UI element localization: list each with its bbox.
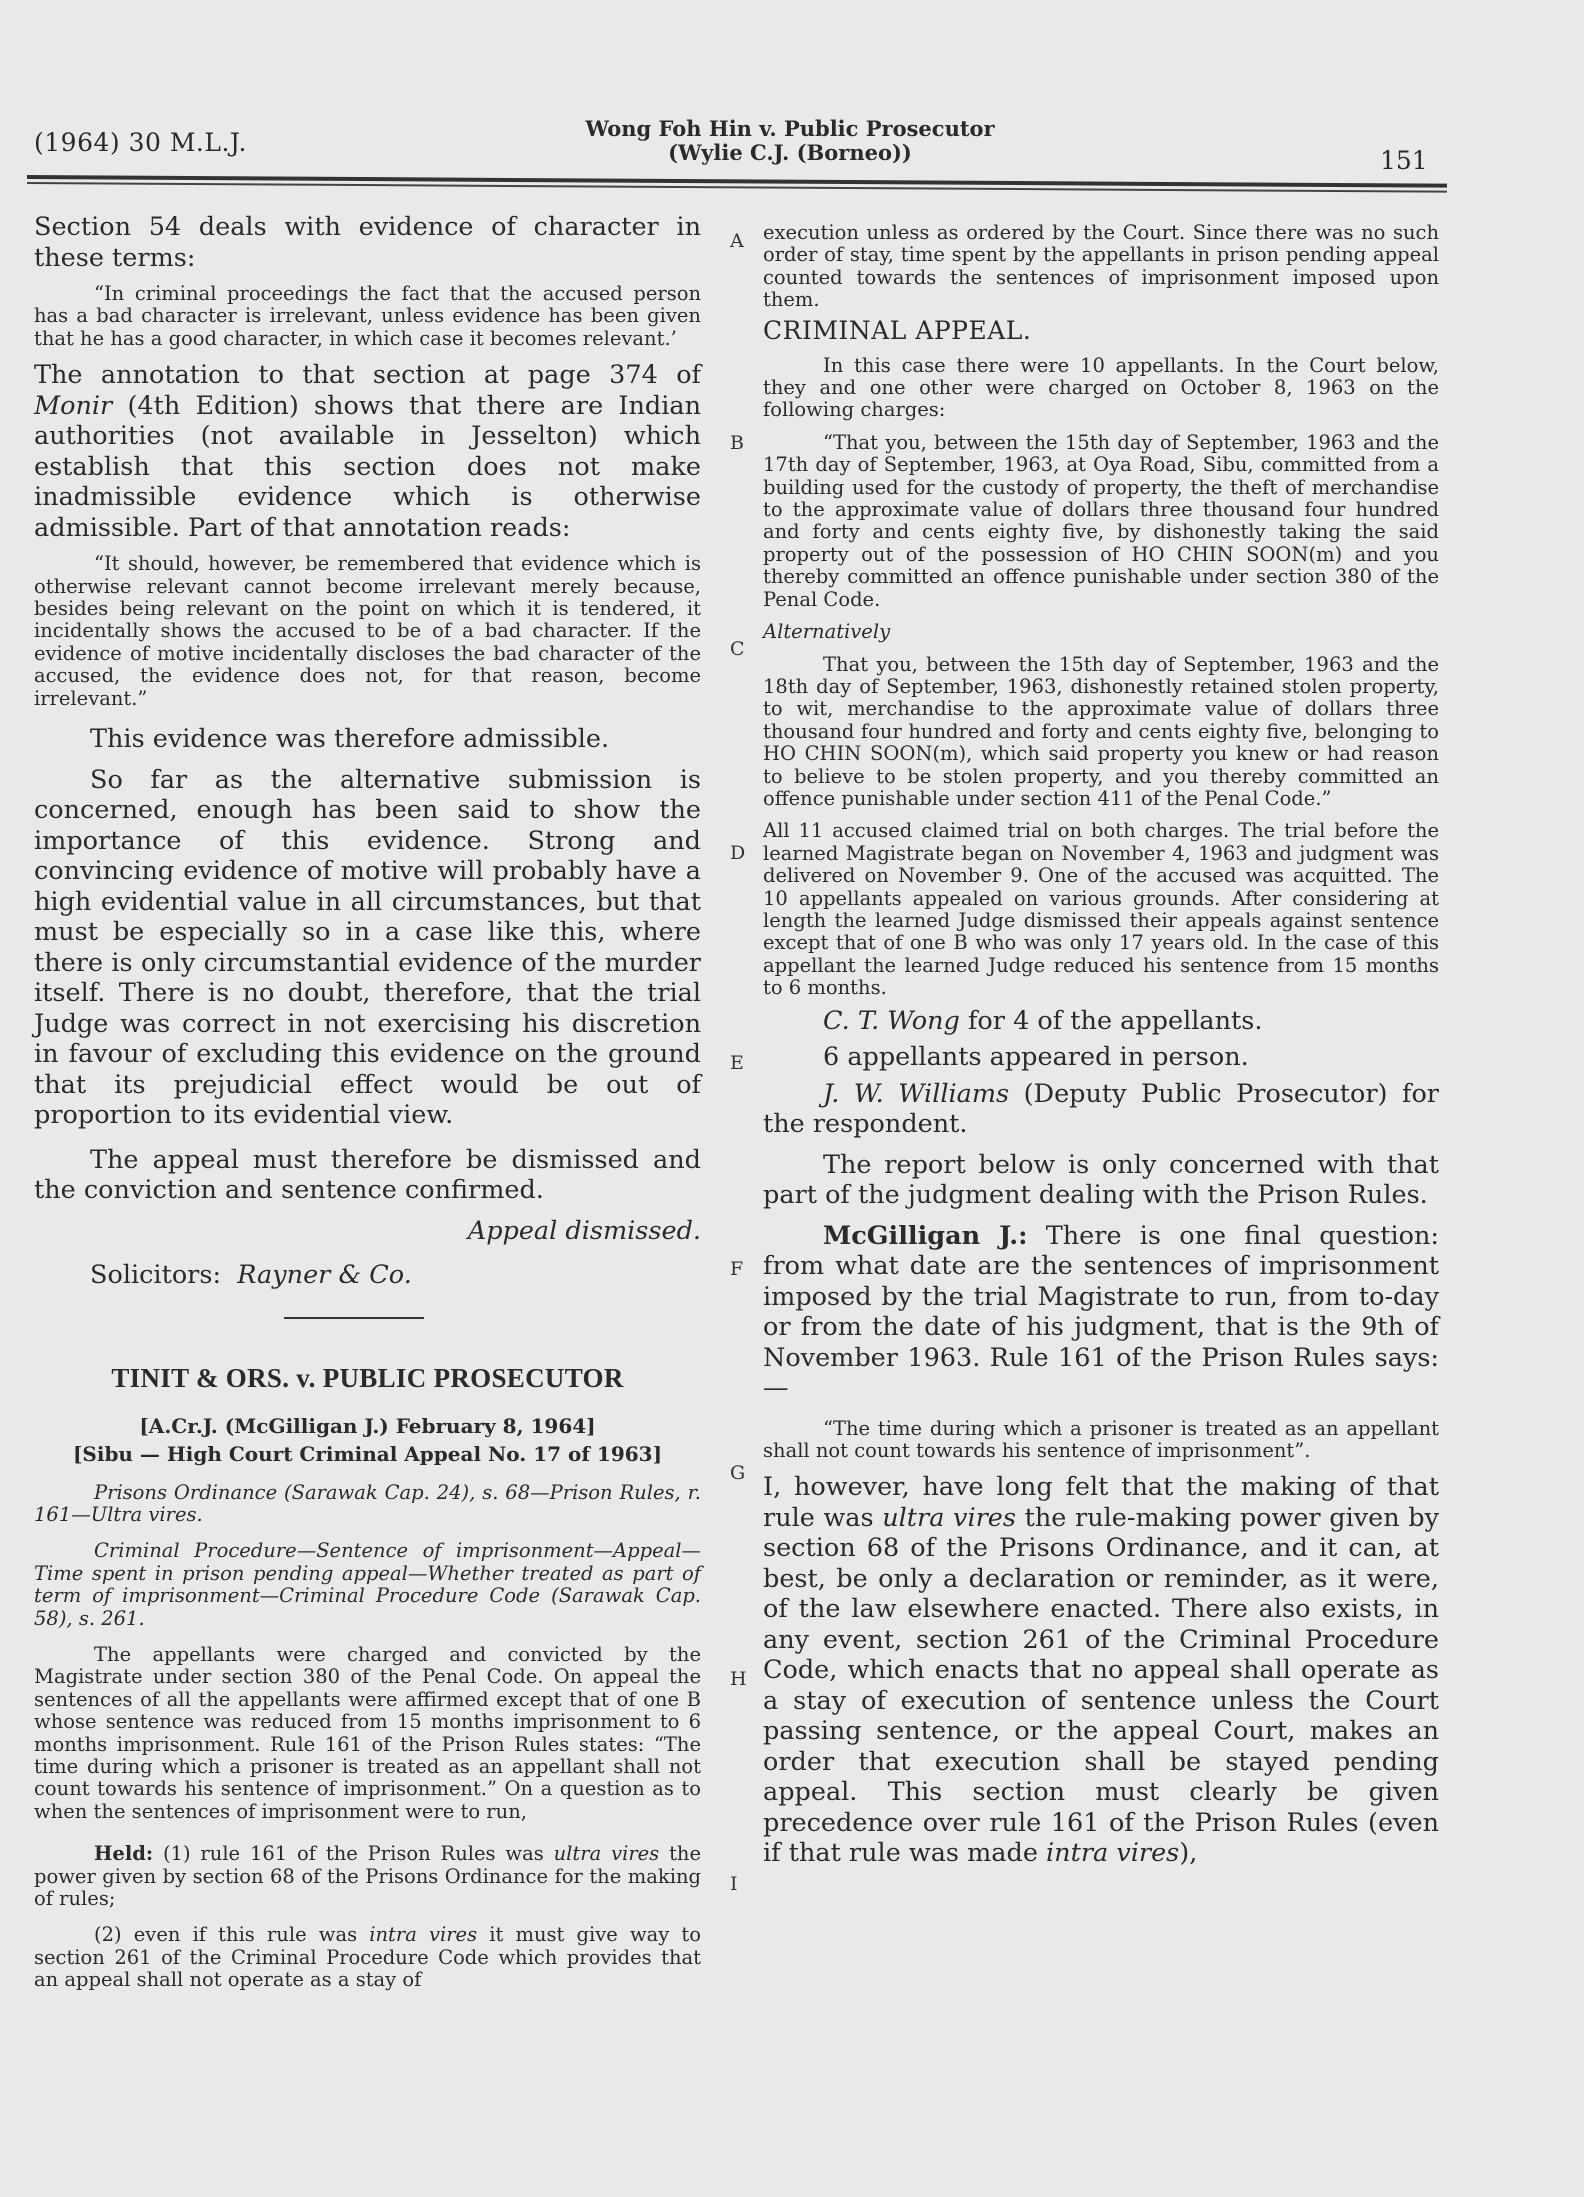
- page-number: 151: [1380, 146, 1428, 175]
- charge-2: That you, between the 15th day of Septem…: [763, 654, 1439, 811]
- running-head: Wong Foh Hin v. Public Prosecutor (Wylie…: [440, 117, 1140, 165]
- solicitors: Solicitors: Rayner & Co.: [34, 1260, 701, 1291]
- new-case-title: TINIT & ORS. v. PUBLIC PROSECUTOR: [34, 1363, 701, 1394]
- case-title-header: Wong Foh Hin v. Public Prosecutor: [440, 117, 1140, 141]
- paragraph: Section 54 deals with evidence of charac…: [34, 212, 701, 273]
- paragraph: This evidence was therefore admissible.: [34, 724, 701, 755]
- headnote-continued: execution unless as ordered by the Court…: [763, 222, 1439, 312]
- court-line: [A.Cr.J. (McGilligan J.) February 8, 196…: [34, 1412, 701, 1440]
- judgment: I, however, have long felt that the maki…: [763, 1472, 1439, 1869]
- margin-letter: G: [730, 1462, 745, 1484]
- margin-letter: B: [730, 432, 744, 454]
- margin-letter: H: [730, 1668, 747, 1690]
- appeal-line: [Sibu — High Court Criminal Appeal No. 1…: [34, 1440, 701, 1468]
- paragraph: In this case there were 10 appellants. I…: [763, 355, 1439, 422]
- left-column: Section 54 deals with evidence of charac…: [34, 212, 701, 1992]
- judge-header: (Wylie C.J. (Borneo)): [440, 141, 1140, 165]
- paragraph: The report below is only concerned with …: [763, 1150, 1439, 1211]
- paragraph: The annotation to that section at page 3…: [34, 360, 701, 543]
- catchwords: Criminal Procedure—Sentence of imprisonm…: [34, 1540, 701, 1630]
- section-heading: CRIMINAL APPEAL.: [763, 316, 1439, 345]
- section-divider: [284, 1317, 424, 1319]
- counsel: C. T. Wong for 4 of the appellants.: [763, 1006, 1439, 1037]
- margin-letter: E: [730, 1052, 744, 1074]
- held-2: (2) even if this rule was intra vires it…: [34, 1924, 701, 1991]
- margin-letter: A: [730, 230, 744, 252]
- held-1: Held: (1) rule 161 of the Prison Rules w…: [34, 1843, 701, 1910]
- counsel: J. W. Williams (Deputy Public Prosecutor…: [763, 1079, 1439, 1140]
- block-quote: “It should, however, be remembered that …: [34, 553, 701, 710]
- margin-letter: I: [730, 1873, 738, 1895]
- paragraph: The appeal must therefore be dismissed a…: [34, 1145, 701, 1206]
- headnote: The appellants were charged and convicte…: [34, 1644, 701, 1823]
- citation: (1964) 30 M.L.J.: [34, 128, 247, 157]
- law-report-page: (1964) 30 M.L.J. Wong Foh Hin v. Public …: [0, 0, 1584, 2197]
- judge-name: McGilligan J.:: [823, 1221, 1028, 1251]
- counsel: 6 appellants appeared in person.: [763, 1042, 1439, 1073]
- margin-letter: F: [730, 1258, 743, 1280]
- catchwords: Prisons Ordinance (Sarawak Cap. 24), s. …: [34, 1482, 701, 1527]
- judgment: McGilligan J.: There is one final questi…: [763, 1221, 1439, 1404]
- charge-1: “That you, between the 15th day of Septe…: [763, 432, 1439, 611]
- right-column: execution unless as ordered by the Court…: [763, 222, 1439, 1869]
- margin-letter: C: [730, 638, 745, 660]
- margin-letter: D: [730, 842, 745, 864]
- paragraph: All 11 accused claimed trial on both cha…: [763, 820, 1439, 999]
- block-quote: “In criminal proceedings the fact that t…: [34, 283, 701, 350]
- block-quote: “The time during which a prisoner is tre…: [763, 1418, 1439, 1463]
- result: Appeal dismissed.: [34, 1216, 701, 1247]
- paragraph: So far as the alternative submission is …: [34, 765, 701, 1131]
- book-title: Monir: [34, 391, 112, 421]
- alternatively-label: Alternatively: [763, 621, 1439, 643]
